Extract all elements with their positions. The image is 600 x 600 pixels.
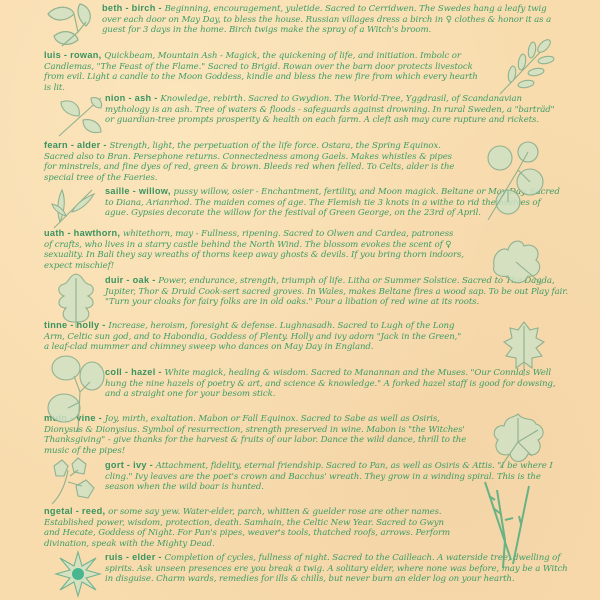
elder-flower-icon [52,548,104,600]
entry-heading: fearn - alder - [44,140,107,150]
alder-leaves-icon [478,140,548,222]
entry-hazel: coll - hazel - White magick, healing & w… [105,367,565,400]
entry-text: or some say yew. Water-elder, parch, whi… [44,507,450,549]
entry-heading: nion - ash - [105,93,158,103]
entry-text: Increase, heroism, foresight & defense. … [44,321,461,352]
ivy-leaves-icon [48,456,102,506]
willow-sprig-icon [50,184,100,230]
hawthorn-leaf-icon [488,236,546,288]
entry-heading: coll - hazel - [105,367,162,377]
entry-rowan: luis - rowan, Quickbeam, Mountain Ash - … [44,50,484,93]
entry-text: Knowledge, rebirth. Sacred to Gwydion. T… [105,94,555,125]
entry-text: White magick, healing & wisdom. Sacred t… [105,368,555,399]
rowan-leaf-icon [492,36,562,98]
entry-heading: saille - willow, [105,186,171,196]
entry-text: Quickbeam, Mountain Ash - Magick, the qu… [44,51,478,93]
hazel-leaves-icon [44,352,108,434]
entry-heading: luis - rowan, [44,50,102,60]
entry-heading: beth - birch - [102,3,162,13]
entry-holly: tinne - holly - Increase, heroism, fores… [44,320,464,353]
oak-leaf-icon [48,270,104,330]
reed-stalks-icon [475,480,535,570]
ash-leaves-icon [55,94,105,140]
entry-heading: duir - oak - [105,275,156,285]
entry-heading: gort - ivy - [105,460,153,470]
entry-heading: ruis - elder - [105,552,162,562]
entry-alder: fearn - alder - Strength, light, the per… [44,140,464,183]
holly-leaf-icon [500,318,548,378]
entry-text: Beginning, encouragement, yuletide. Sacr… [102,4,551,35]
entry-hawthorn: uath - hawthorn, whitethorn, may - Fulln… [44,228,464,271]
entry-heading: ngetal - reed, [44,506,105,516]
entry-reed: ngetal - reed, or some say yew. Water-el… [44,506,459,549]
birch-leaves-icon [42,2,102,50]
entry-birch: beth - birch - Beginning, encouragement,… [102,3,560,36]
vine-leaf-icon [488,408,550,472]
